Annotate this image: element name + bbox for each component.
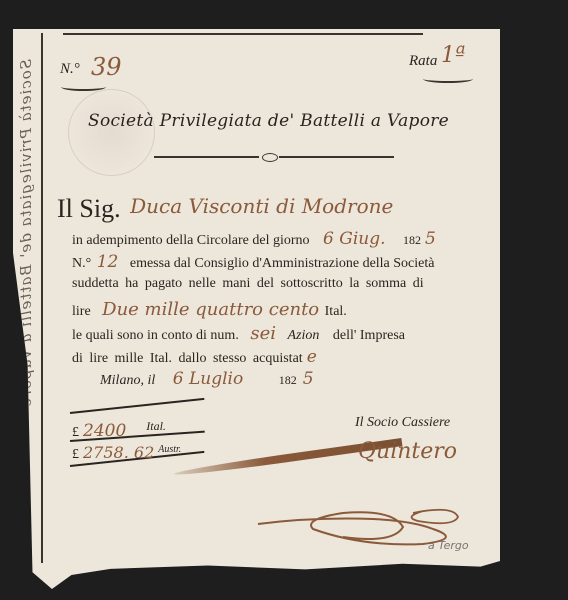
amount-ital: £ 2400 Ital.: [72, 419, 166, 441]
number-value: 39: [91, 53, 122, 81]
recipient-name: Duca Visconti di Modrone: [130, 194, 393, 218]
cashier-signature: Quintero: [358, 439, 457, 464]
circular-number: 12: [97, 252, 119, 272]
line1-prefix: Il Sig.: [57, 194, 121, 223]
payment-date: 6 Luglio: [173, 369, 243, 389]
line-council: N.° 12 emessa dal Consiglio d'Amministra…: [72, 252, 434, 272]
rata-value: 1ª: [441, 43, 465, 68]
ornament-divider: [154, 154, 394, 160]
line-payment: suddetta ha pagato nelle mani del sottos…: [72, 276, 424, 292]
line-circular: in adempimento della Circolare del giorn…: [72, 229, 436, 249]
stub-text: Società Privilegiata de' Battelli a Vapo…: [17, 59, 37, 539]
amount-austr: £ 2758. 62 Austr.: [72, 443, 181, 463]
line-purchase: di lire mille Ital. dallo stesso acquist…: [72, 347, 317, 367]
counterfoil-stub: Società Privilegiata de' Battelli a Vapo…: [13, 29, 41, 589]
company-title: Società Privilegiata de' Battelli a Vapo…: [88, 111, 449, 131]
amount-in-words: Due mille quattro cento: [102, 299, 319, 320]
line-shares: le quali sono in conto di num. sei Azion…: [72, 323, 405, 344]
top-rule: [63, 33, 423, 35]
line-amount-words: lire Due mille quattro cento Ital.: [72, 299, 347, 320]
pencil-note: a Tergo: [428, 539, 469, 552]
share-count: sei: [250, 323, 276, 344]
embossed-seal: [68, 89, 155, 176]
number-label: N.°: [60, 61, 80, 78]
line-recipient: Il Sig. Duca Visconti di Modrone: [57, 194, 393, 222]
line-place-date: Milano, il 6 Luglio 1825: [100, 369, 314, 389]
circular-date: 6 Giug.: [323, 229, 385, 249]
rata-label: Rata: [409, 53, 437, 70]
stub-divider: [41, 33, 43, 563]
cashier-label: Il Socio Cassiere: [355, 415, 450, 431]
rata-brace: [423, 75, 473, 83]
number-brace: [61, 83, 106, 91]
receipt-document: Società Privilegiata de' Battelli a Vapo…: [13, 29, 500, 589]
